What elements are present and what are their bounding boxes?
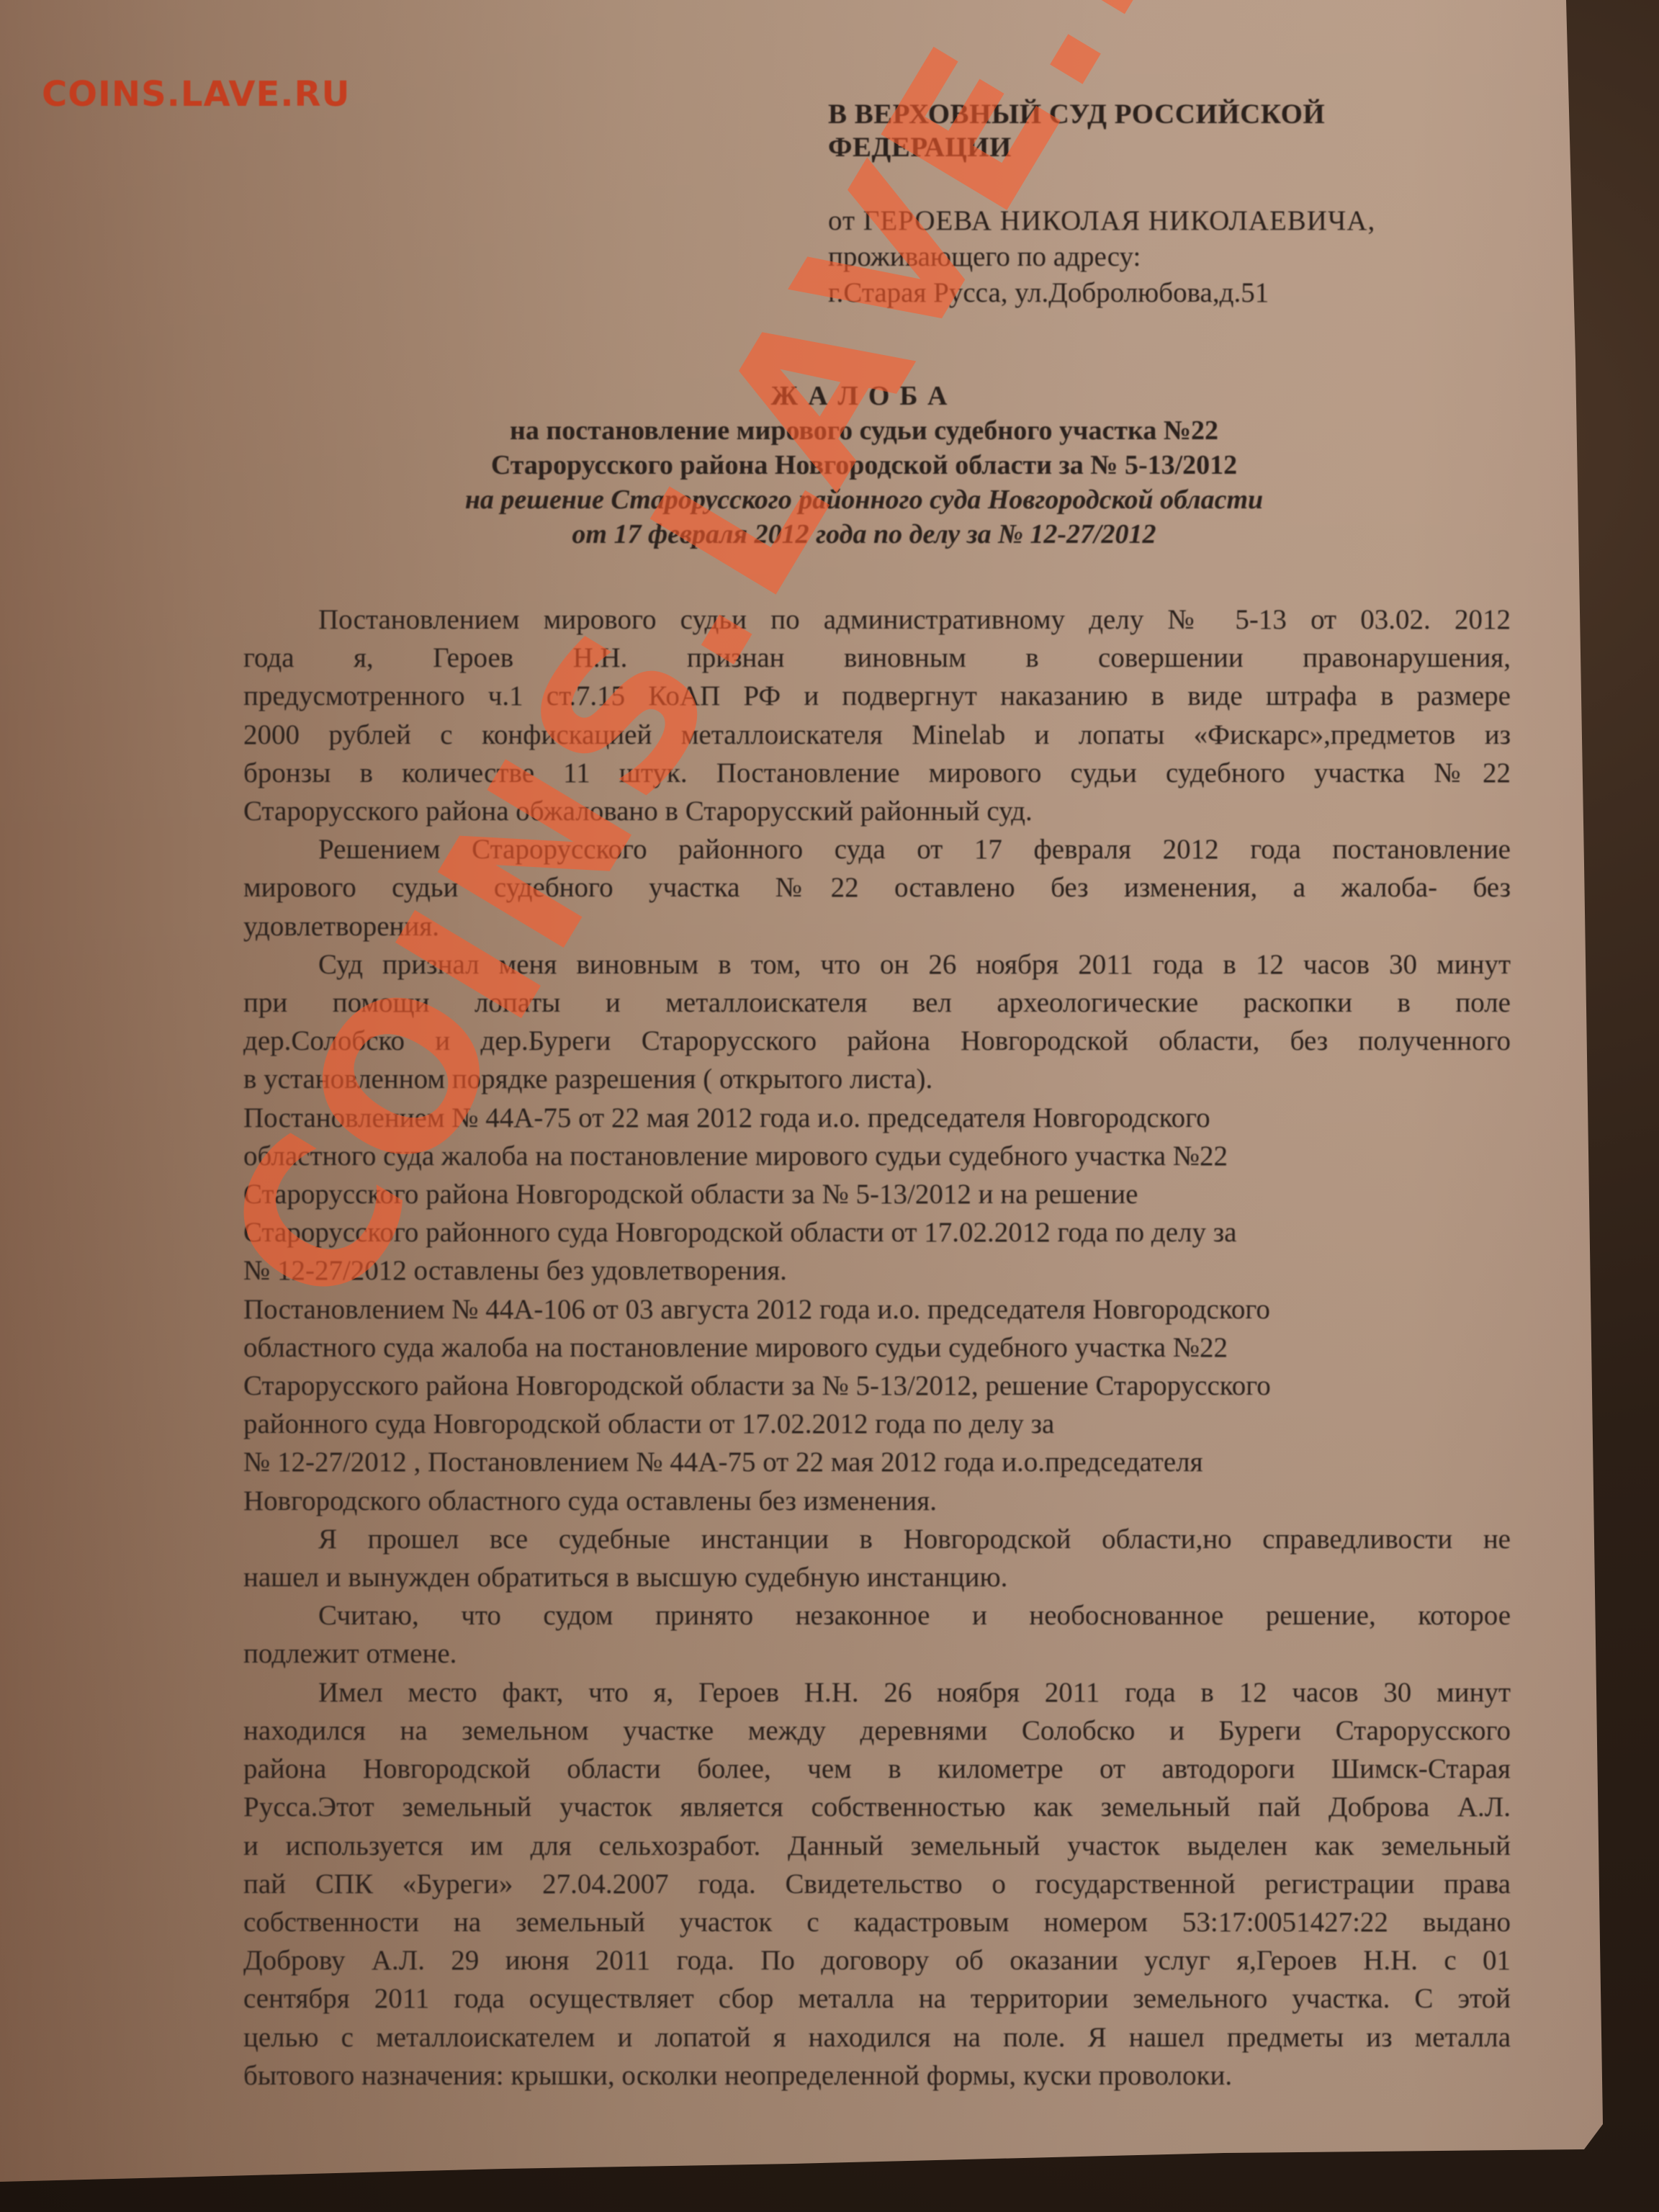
body-line: бытового назначения: крышки, осколки нео… — [243, 2056, 1511, 2095]
body-line: Решением Старорусского районного суда от… — [243, 830, 1511, 868]
photo-scene: COINS.LAVE.RU В ВЕРХОВНЫЙ СУД РОССИЙСКОЙ… — [0, 0, 1659, 2212]
body-line: Постановлением № 44А-106 от 03 августа 2… — [243, 1290, 1511, 1328]
body-line: пай СПК «Буреги» 27.04.2007 года. Свидет… — [243, 1865, 1511, 1903]
body-line: Русса.Этот земельный участок является со… — [243, 1788, 1511, 1826]
title-subline-3: на решение Старорусского районного суда … — [360, 482, 1368, 517]
body-line: находился на земельном участке между дер… — [243, 1712, 1511, 1750]
document-title: ЖАЛОБА — [360, 379, 1368, 413]
body-line: Имел место факт, что я, Героев Н.Н. 26 н… — [243, 1673, 1511, 1712]
body-line: при помощи лопаты и металлоискателя вел … — [243, 984, 1511, 1022]
body-line: сентября 2011 года осуществляет сбор мет… — [243, 1979, 1511, 2018]
body-line: года я, Героев Н.Н. признан виновным в с… — [243, 639, 1511, 677]
addressee-line-1: В ВЕРХОВНЫЙ СУД РОССИЙСКОЙ — [828, 98, 1325, 131]
body-line: нашел и вынужден обратиться в высшую суд… — [243, 1558, 1511, 1596]
title-subline-1: на постановление мирового судьи судебног… — [360, 413, 1368, 448]
title-subline-2: Старорусского района Новгородской област… — [360, 448, 1368, 482]
body-line: подлежит отмене. — [243, 1635, 1511, 1673]
addressee-line-2: ФЕДЕРАЦИИ — [828, 131, 1325, 164]
body-line: собственности на земельный участок с кад… — [243, 1903, 1511, 1941]
watermark-corner: COINS.LAVE.RU — [42, 74, 350, 114]
addressee-block: В ВЕРХОВНЫЙ СУД РОССИЙСКОЙ ФЕДЕРАЦИИ — [828, 98, 1325, 164]
title-subline-4: от 17 февраля 2012 года по делу за № 12-… — [360, 517, 1368, 552]
body-line: Старорусского района обжаловано в Старор… — [243, 792, 1511, 830]
body-line: в установленном порядке разрешения ( отк… — [243, 1060, 1511, 1098]
body-line: Я прошел все судебные инстанции в Новгор… — [243, 1520, 1511, 1558]
body-line: Старорусского района Новгородской област… — [243, 1367, 1511, 1405]
body-line: Постановлением № 44А-75 от 22 мая 2012 г… — [243, 1099, 1511, 1137]
body-line: № 12-27/2012 оставлены без удовлетворени… — [243, 1251, 1511, 1290]
document-body: Постановлением мирового судьи по админис… — [243, 601, 1511, 2095]
body-line: Считаю, что судом принято незаконное и н… — [243, 1596, 1511, 1635]
body-line: мирового судьи судебного участка №22 ост… — [243, 868, 1511, 907]
body-line: удовлетворения. — [243, 907, 1511, 945]
body-line: областного суда жалоба на постановление … — [243, 1137, 1511, 1175]
sender-block: от ГЕРОЕВА НИКОЛАЯ НИКОЛАЕВИЧА, проживаю… — [828, 203, 1375, 311]
body-line: дер.Солобско и дер.Буреги Старорусского … — [243, 1022, 1511, 1060]
body-line: областного суда жалоба на постановление … — [243, 1328, 1511, 1367]
document-title-block: ЖАЛОБА на постановление мирового судьи с… — [360, 379, 1368, 552]
body-line: бронзы в количестве 11 штук. Постановлен… — [243, 754, 1511, 792]
body-line: Старорусского районного суда Новгородско… — [243, 1213, 1511, 1251]
body-line: Новгородского областного суда оставлены … — [243, 1482, 1511, 1520]
sender-name: от ГЕРОЕВА НИКОЛАЯ НИКОЛАЕВИЧА, — [828, 203, 1375, 239]
body-line: района Новгородской области более, чем в… — [243, 1750, 1511, 1788]
sender-address-label: проживающего по адресу: — [828, 239, 1375, 275]
body-line: 2000 рублей с конфискацией металлоискате… — [243, 716, 1511, 754]
body-line: № 12-27/2012 , Постановлением № 44А-75 о… — [243, 1443, 1511, 1481]
body-line: районного суда Новгородской области от 1… — [243, 1405, 1511, 1443]
body-line: Суд признал меня виновным в том, что он … — [243, 945, 1511, 984]
body-line: предусмотренного ч.1 ст.7.15 КоАП РФ и п… — [243, 677, 1511, 715]
body-line: Доброву А.Л. 29 июня 2011 года. По догов… — [243, 1941, 1511, 1979]
body-line: Постановлением мирового судьи по админис… — [243, 601, 1511, 639]
body-line: и используется им для сельхозработ. Данн… — [243, 1827, 1511, 1865]
body-line: Старорусского района Новгородской област… — [243, 1175, 1511, 1213]
sender-address: г.Старая Русса, ул.Добролюбова,д.51 — [828, 275, 1375, 311]
body-line: целью с металлоискателем и лопатой я нах… — [243, 2018, 1511, 2056]
